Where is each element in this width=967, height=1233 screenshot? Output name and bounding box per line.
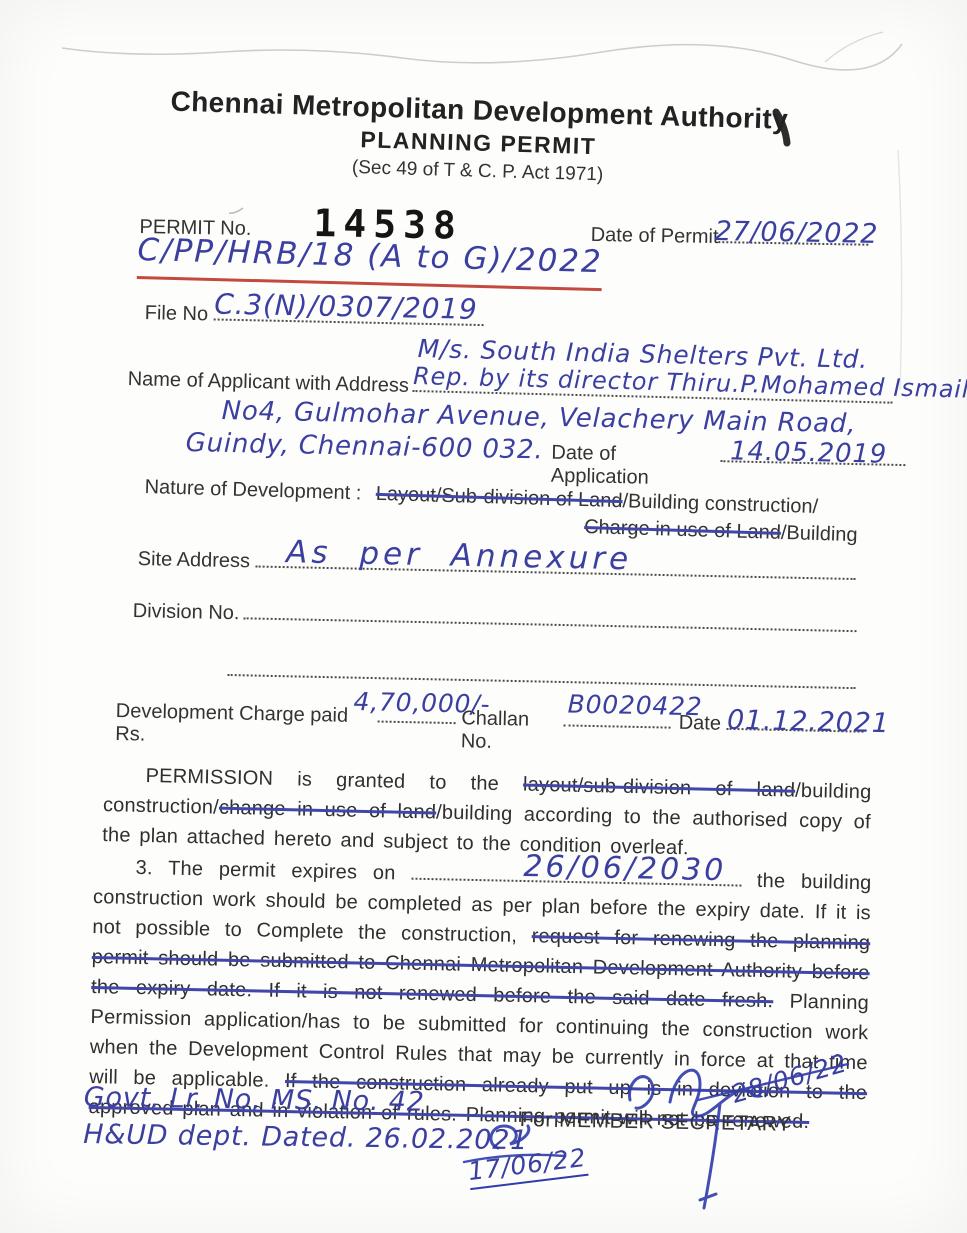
expiry-date-value: 26/06/2030: [481, 851, 726, 886]
development-charge-label: Development Charge paid Rs.: [115, 700, 377, 751]
expiry-date-line: 26/06/2030: [411, 861, 741, 887]
applicant-line: Rep. by its director Thiru.P.Mohamed Ism…: [413, 376, 893, 403]
nature-rest1: /Building construction/: [622, 490, 818, 518]
charge-date-value: 01.12.2021: [727, 705, 890, 739]
member-secretary-signature: 28/06/22: [612, 1042, 872, 1222]
challan-no-line: B0020422: [563, 711, 671, 729]
initials-signature: 17/06/22: [460, 1118, 570, 1166]
permission-struck-change: change in use of land: [219, 797, 437, 824]
govt-letter-line1: Govt. Lr. No. MS. No. 42: [84, 1082, 529, 1119]
scanned-planning-permit-document: Chennai Metropolitan Development Authori…: [0, 0, 967, 1233]
date-of-application-line: 14.05.2019: [720, 447, 906, 466]
date-of-application-label: Date of Application: [551, 442, 715, 491]
date-of-application-value: 14.05.2019: [730, 436, 887, 469]
expiry-lead: 3. The permit expires on: [135, 857, 395, 884]
file-no-label: File No: [145, 302, 209, 326]
nature-struck-charge: Charge in use of Land: [584, 516, 781, 544]
nature-rest2: /Building: [781, 522, 858, 546]
date-of-permit-line: 27/06/2022: [718, 228, 868, 246]
date-of-permit-value: 27/06/2022: [714, 216, 878, 250]
charge-amount-value: 4,70,000/-: [353, 687, 490, 719]
applicant-address3-value: Guindy, Chennai-600 032.: [185, 428, 543, 465]
file-no-value: C.3(N)/0307/2019: [214, 287, 478, 326]
permission-pre: PERMISSION is granted to the: [145, 765, 523, 796]
file-no-line: C.3(N)/0307/2019: [214, 305, 484, 326]
date-of-permit-label: Date of Permit: [590, 224, 718, 249]
division-label: Division No.: [133, 600, 240, 625]
charge-date-line: 01.12.2021: [727, 714, 864, 732]
site-address-label: Site Address: [138, 548, 251, 573]
challan-no-value: B0020422: [567, 689, 702, 721]
charge-amount-line: 4,70,000/-: [377, 707, 455, 724]
site-address-value: As per Annexure: [286, 534, 633, 577]
permission-struck-layout: layout/sub-division of land: [523, 774, 796, 802]
